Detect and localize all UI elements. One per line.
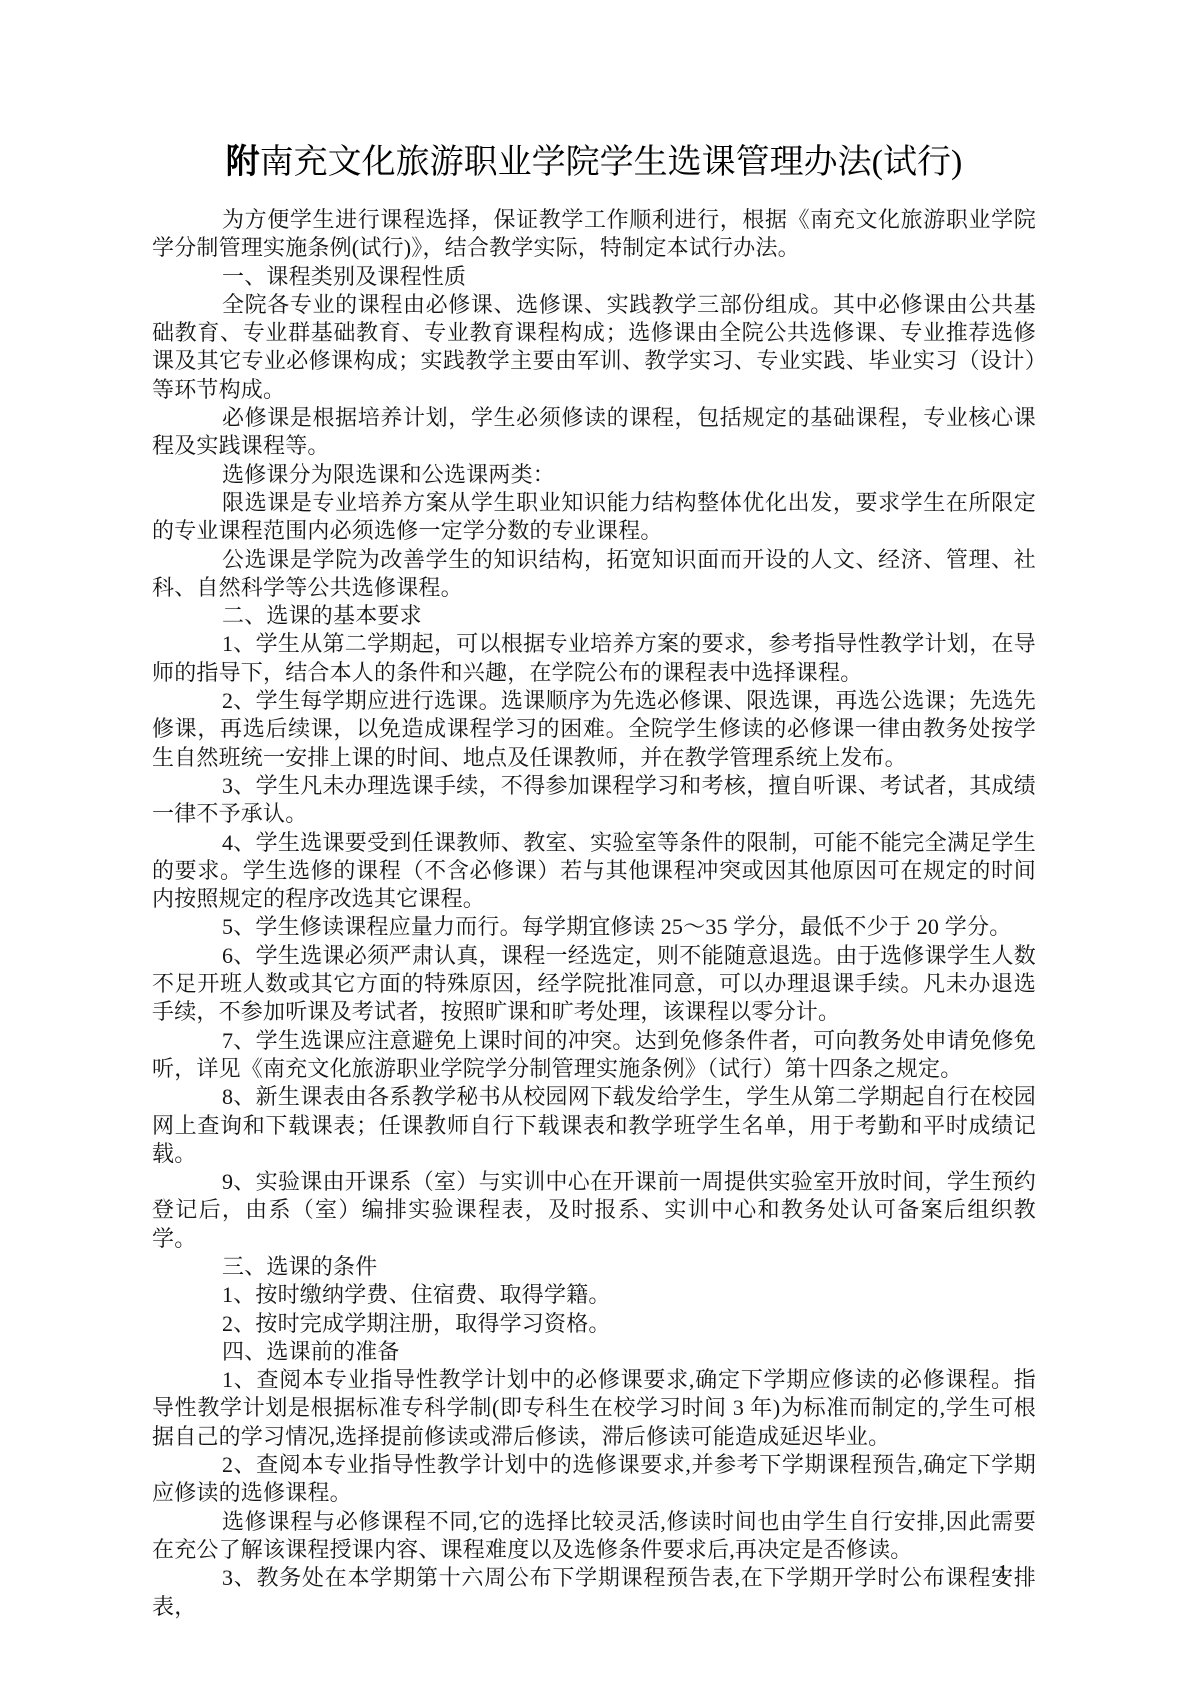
document-title-text: 南充文化旅游职业学院学生选课管理办法(试行) [260, 144, 963, 181]
document-title-prefix: 附 [226, 144, 260, 181]
page-number: 1 [998, 1560, 1008, 1584]
document-page: 附南充文化旅游职业学院学生选课管理办法(试行) 为方便学生进行课程选择，保证教学… [0, 0, 1191, 1684]
paragraph-11: 3、学生凡未办理选课手续，不得参加课程学习和考核，擅自听课、考试者，其成绩一律不… [152, 772, 1036, 829]
paragraph-10: 2、学生每学期应进行选课。选课顺序为先选必修课、限选课，再选公选课；先选先修课，… [152, 687, 1036, 772]
paragraph-3: 全院各专业的课程由必修课、选修课、实践教学三部份组成。其中必修课由公共基础教育、… [152, 291, 1036, 404]
paragraph-16: 8、新生课表由各系教学秘书从校园网下载发给学生，学生从第二学期起自行在校园网上查… [152, 1083, 1036, 1168]
paragraph-14: 6、学生选课必须严肃认真，课程一经选定，则不能随意退选。由于选修课学生人数不足开… [152, 942, 1036, 1027]
paragraph-15: 7、学生选课应注意避免上课时间的冲突。达到免修条件者，可向教务处申请免修免听，详… [152, 1027, 1036, 1084]
paragraph-25: 3、教务处在本学期第十六周公布下学期课程预告表,在下学期开学时公布课程安排表， [152, 1564, 1036, 1621]
paragraph-20: 2、按时完成学期注册，取得学习资格。 [152, 1310, 1036, 1338]
paragraph-17: 9、实验课由开课系（室）与实训中心在开课前一周提供实验室开放时间，学生预约登记后… [152, 1168, 1036, 1253]
paragraph-6: 限选课是专业培养方案从学生职业知识能力结构整体优化出发，要求学生在所限定的专业课… [152, 489, 1036, 546]
paragraph-2: 一、课程类别及课程性质 [152, 263, 1036, 291]
paragraph-12: 4、学生选课要受到任课教师、教室、实验室等条件的限制，可能不能完全满足学生的要求… [152, 829, 1036, 914]
paragraph-8: 二、选课的基本要求 [152, 602, 1036, 630]
paragraph-19: 1、按时缴纳学费、住宿费、取得学籍。 [152, 1281, 1036, 1309]
paragraph-18: 三、选课的条件 [152, 1253, 1036, 1281]
paragraph-1: 为方便学生进行课程选择，保证教学工作顺利进行，根据《南充文化旅游职业学院学分制管… [152, 206, 1036, 263]
paragraph-24: 选修课程与必修课程不同,它的选择比较灵活,修读时间也由学生自行安排,因此需要在充… [152, 1508, 1036, 1565]
paragraph-4: 必修课是根据培养计划，学生必须修读的课程，包括规定的基础课程，专业核心课程及实践… [152, 404, 1036, 461]
paragraph-21: 四、选课前的准备 [152, 1338, 1036, 1366]
paragraph-13: 5、学生修读课程应量力而行。每学期宜修读 25～35 学分，最低不少于 20 学… [152, 913, 1036, 941]
paragraph-22: 1、查阅本专业指导性教学计划中的必修课要求,确定下学期应修读的必修课程。指导性教… [152, 1366, 1036, 1451]
document-title: 附南充文化旅游职业学院学生选课管理办法(试行) [152, 138, 1036, 188]
paragraph-23: 2、查阅本专业指导性教学计划中的选修课要求,并参考下学期课程预告,确定下学期应修… [152, 1451, 1036, 1508]
paragraph-5: 选修课分为限选课和公选课两类： [152, 461, 1036, 489]
document-body: 为方便学生进行课程选择，保证教学工作顺利进行，根据《南充文化旅游职业学院学分制管… [152, 206, 1036, 1621]
paragraph-7: 公选课是学院为改善学生的知识结构，拓宽知识面而开设的人文、经济、管理、社科、自然… [152, 546, 1036, 603]
paragraph-9: 1、学生从第二学期起，可以根据专业培养方案的要求，参考指导性教学计划，在导师的指… [152, 630, 1036, 687]
document-content: 附南充文化旅游职业学院学生选课管理办法(试行) 为方便学生进行课程选择，保证教学… [152, 138, 1036, 1621]
